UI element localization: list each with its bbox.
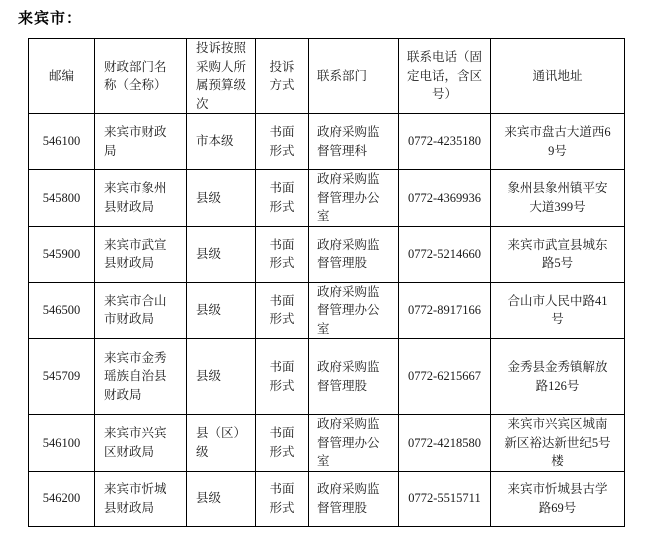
page-title: 来宾市： — [18, 7, 82, 28]
cell-department-name: 来宾市象州县财政局 — [95, 170, 187, 227]
cell-budget-level: 县级 — [187, 339, 256, 415]
header-row: 邮编财政部门名称（全称）投诉按照采购人所属预算级次投诉方式联系部门联系电话（固定… — [29, 39, 625, 114]
cell-budget-level: 县级 — [187, 226, 256, 282]
cell-contact-phone: 0772-4218580 — [399, 415, 491, 472]
cell-mailing-address: 来宾市兴宾区城南新区裕达新世纪5号楼 — [491, 415, 625, 472]
table-row: 546100来宾市财政局市本级书面形式政府采购监督管理科0772-4235180… — [29, 114, 625, 170]
table-row: 545800来宾市象州县财政局县级书面形式政府采购监督管理办公室0772-436… — [29, 170, 625, 227]
table-row: 546100来宾市兴宾区财政局县（区）级书面形式政府采购监督管理办公室0772-… — [29, 415, 625, 472]
cell-complaint-method: 书面形式 — [256, 226, 309, 282]
cell-postcode: 546500 — [29, 282, 95, 339]
cell-contact-department: 政府采购监督管理股 — [309, 471, 399, 526]
cell-complaint-method: 书面形式 — [256, 471, 309, 526]
cell-contact-department: 政府采购监督管理股 — [309, 339, 399, 415]
cell-complaint-method: 书面形式 — [256, 114, 309, 170]
cell-postcode: 545800 — [29, 170, 95, 227]
cell-department-name: 来宾市合山市财政局 — [95, 282, 187, 339]
cell-budget-level: 县（区）级 — [187, 415, 256, 472]
cell-complaint-method: 书面形式 — [256, 282, 309, 339]
column-header-contact-department: 联系部门 — [309, 39, 399, 114]
cell-mailing-address: 合山市人民中路41号 — [491, 282, 625, 339]
table-row: 546500来宾市合山市财政局县级书面形式政府采购监督管理办公室0772-891… — [29, 282, 625, 339]
cell-budget-level: 县级 — [187, 282, 256, 339]
table-row: 545900来宾市武宣县财政局县级书面形式政府采购监督管理股0772-52146… — [29, 226, 625, 282]
cell-contact-department: 政府采购监督管理科 — [309, 114, 399, 170]
cell-postcode: 546100 — [29, 114, 95, 170]
cell-budget-level: 市本级 — [187, 114, 256, 170]
cell-contact-department: 政府采购监督管理股 — [309, 226, 399, 282]
cell-mailing-address: 金秀县金秀镇解放路126号 — [491, 339, 625, 415]
cell-contact-department: 政府采购监督管理办公室 — [309, 282, 399, 339]
cell-budget-level: 县级 — [187, 471, 256, 526]
cell-department-name: 来宾市财政局 — [95, 114, 187, 170]
cell-department-name: 来宾市武宣县财政局 — [95, 226, 187, 282]
cell-contact-department: 政府采购监督管理办公室 — [309, 170, 399, 227]
cell-mailing-address: 来宾市武宣县城东路5号 — [491, 226, 625, 282]
cell-mailing-address: 象州县象州镇平安大道399号 — [491, 170, 625, 227]
cell-postcode: 546100 — [29, 415, 95, 472]
cell-contact-phone: 0772-6215667 — [399, 339, 491, 415]
cell-department-name: 来宾市兴宾区财政局 — [95, 415, 187, 472]
column-header-budget-level: 投诉按照采购人所属预算级次 — [187, 39, 256, 114]
document-page: 来宾市： 邮编财政部门名称（全称）投诉按照采购人所属预算级次投诉方式联系部门联系… — [0, 0, 650, 536]
table-header: 邮编财政部门名称（全称）投诉按照采购人所属预算级次投诉方式联系部门联系电话（固定… — [29, 39, 625, 114]
cell-contact-phone: 0772-8917166 — [399, 282, 491, 339]
cell-postcode: 545709 — [29, 339, 95, 415]
cell-mailing-address: 来宾市忻城县古学路69号 — [491, 471, 625, 526]
column-header-contact-phone: 联系电话（固定电话，含区号） — [399, 39, 491, 114]
finance-contacts-table: 邮编财政部门名称（全称）投诉按照采购人所属预算级次投诉方式联系部门联系电话（固定… — [28, 38, 625, 527]
table-body: 546100来宾市财政局市本级书面形式政府采购监督管理科0772-4235180… — [29, 114, 625, 527]
cell-complaint-method: 书面形式 — [256, 170, 309, 227]
cell-complaint-method: 书面形式 — [256, 339, 309, 415]
cell-contact-department: 政府采购监督管理办公室 — [309, 415, 399, 472]
cell-postcode: 546200 — [29, 471, 95, 526]
cell-mailing-address: 来宾市盘古大道西69号 — [491, 114, 625, 170]
cell-budget-level: 县级 — [187, 170, 256, 227]
table-row: 545709来宾市金秀瑶族自治县财政局县级书面形式政府采购监督管理股0772-6… — [29, 339, 625, 415]
column-header-mailing-address: 通讯地址 — [491, 39, 625, 114]
cell-department-name: 来宾市忻城县财政局 — [95, 471, 187, 526]
cell-contact-phone: 0772-5515711 — [399, 471, 491, 526]
cell-contact-phone: 0772-5214660 — [399, 226, 491, 282]
cell-department-name: 来宾市金秀瑶族自治县财政局 — [95, 339, 187, 415]
column-header-complaint-method: 投诉方式 — [256, 39, 309, 114]
cell-complaint-method: 书面形式 — [256, 415, 309, 472]
cell-postcode: 545900 — [29, 226, 95, 282]
column-header-postcode: 邮编 — [29, 39, 95, 114]
cell-contact-phone: 0772-4235180 — [399, 114, 491, 170]
cell-contact-phone: 0772-4369936 — [399, 170, 491, 227]
table-row: 546200来宾市忻城县财政局县级书面形式政府采购监督管理股0772-55157… — [29, 471, 625, 526]
column-header-department-name: 财政部门名称（全称） — [95, 39, 187, 114]
